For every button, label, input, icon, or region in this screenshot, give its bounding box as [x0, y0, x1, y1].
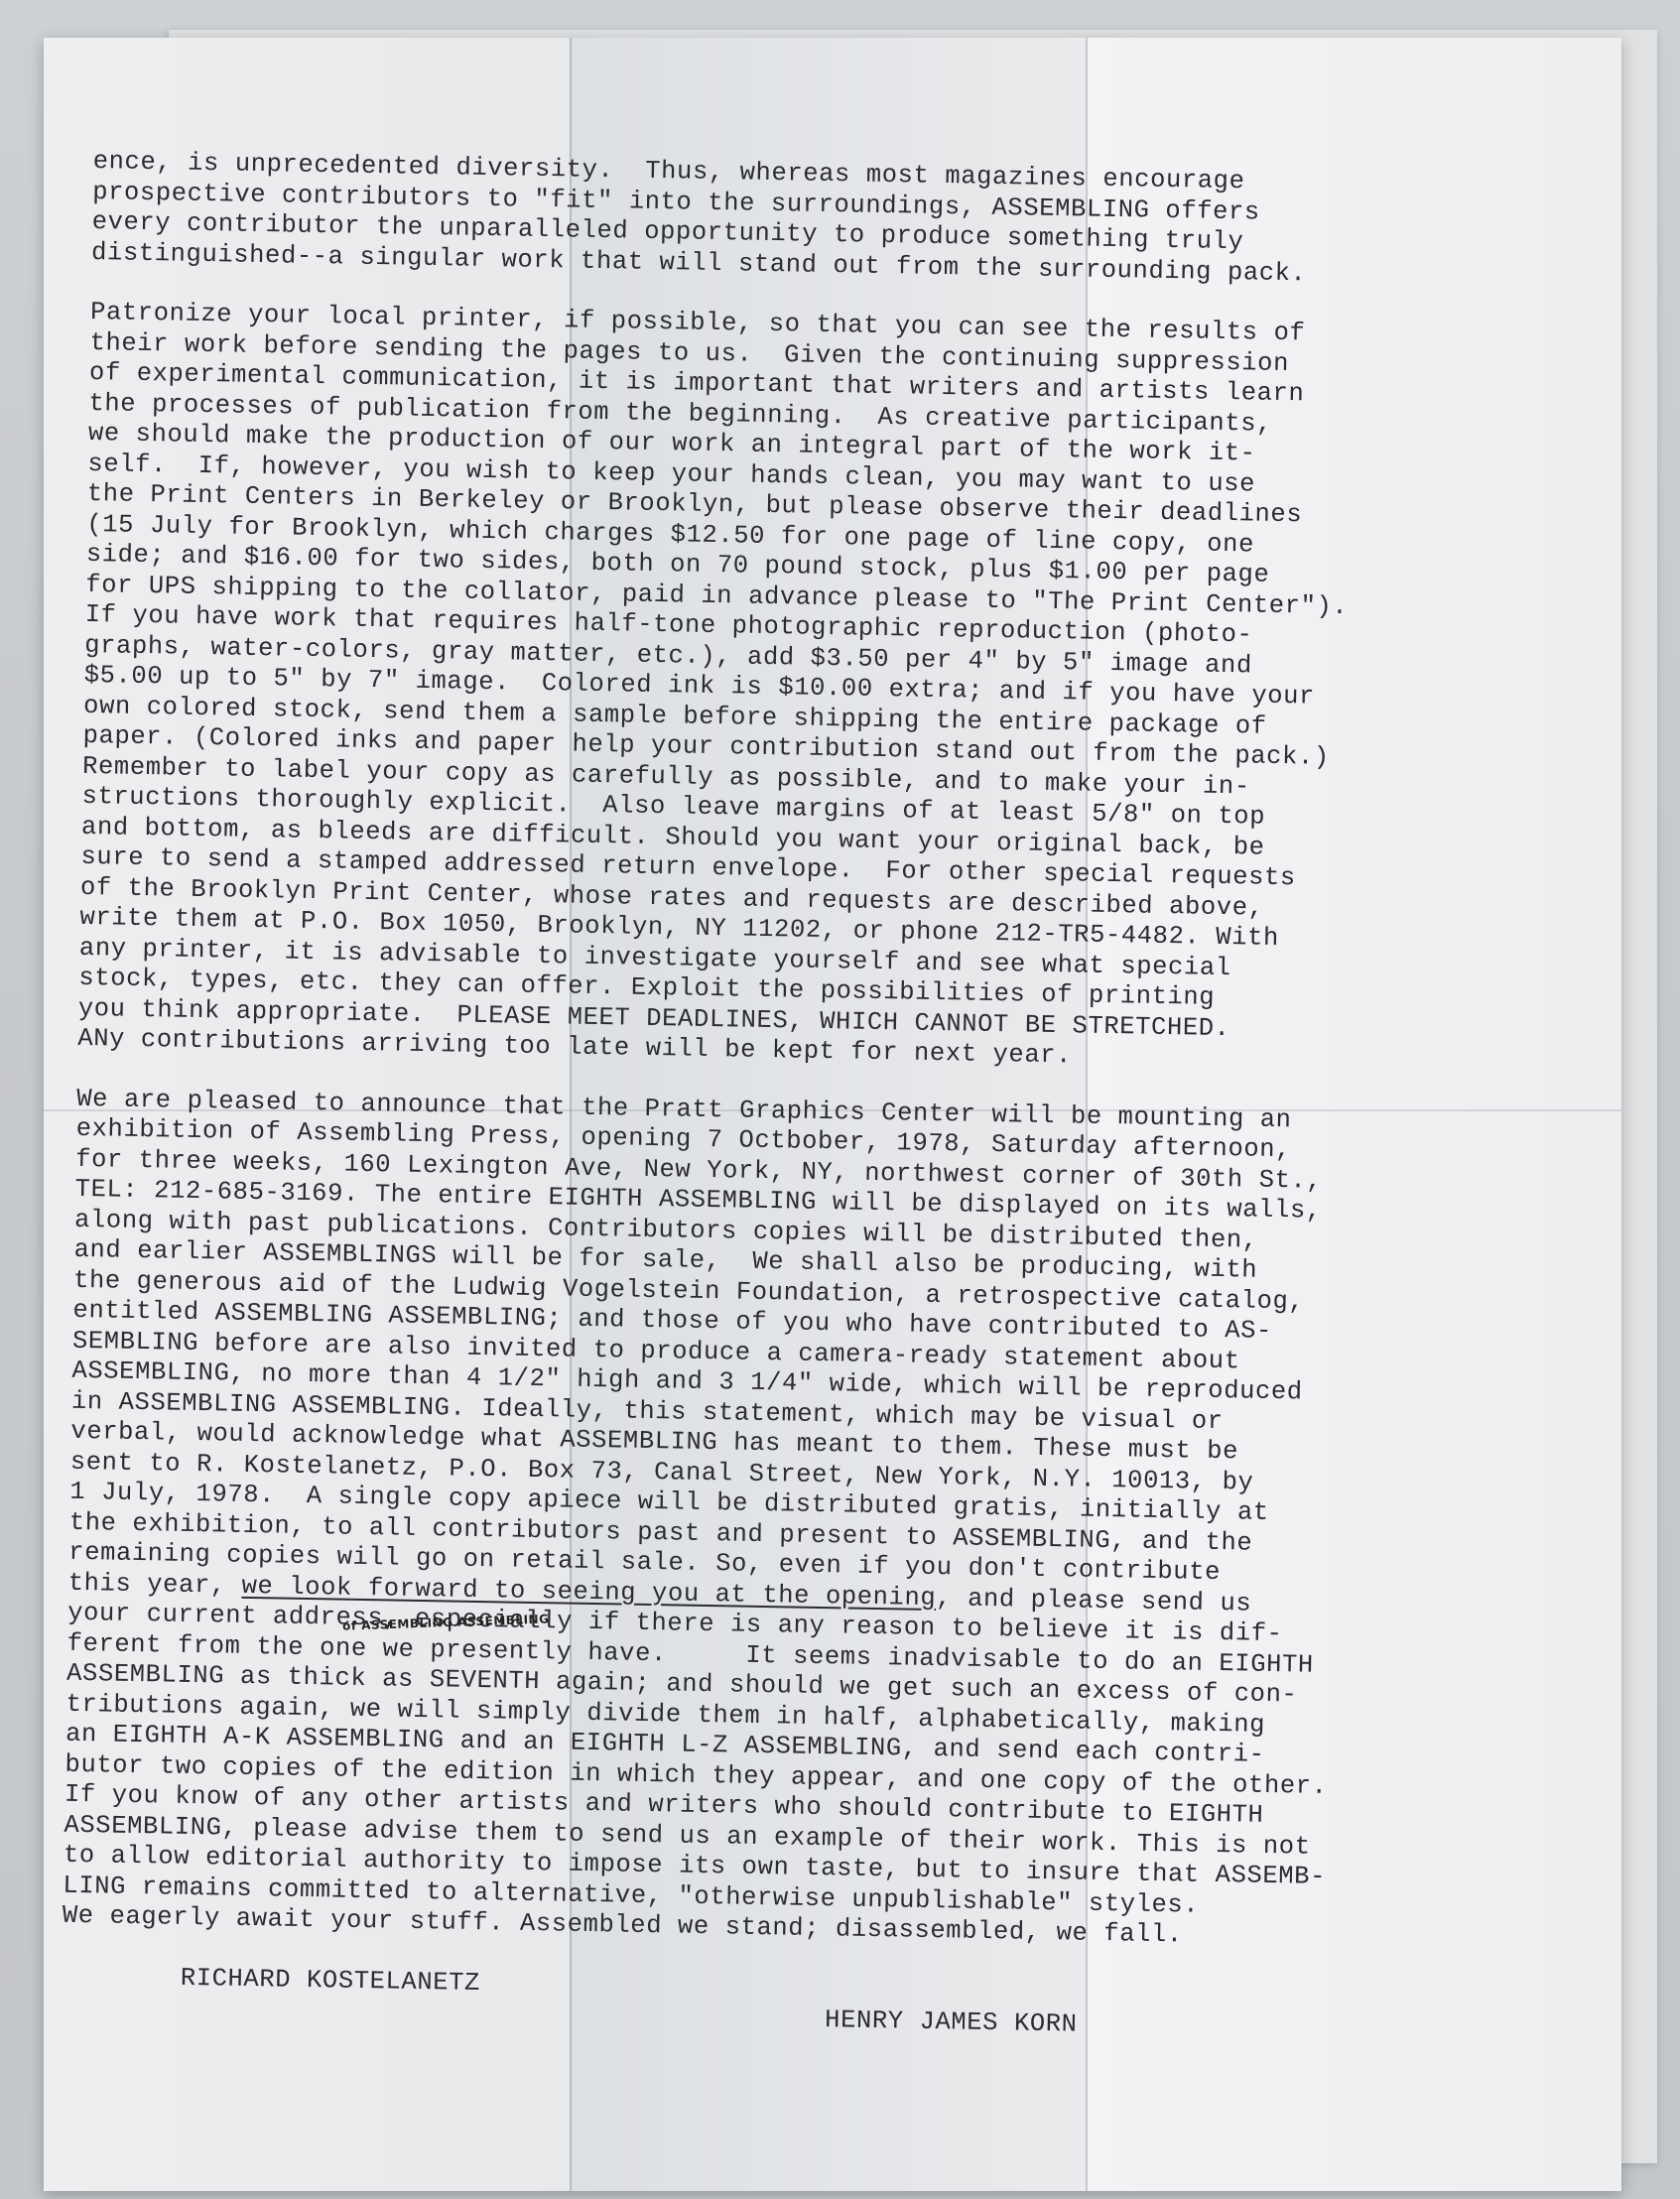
paragraph-printing-instructions: Patronize your local printer, if possibl…: [77, 298, 1599, 1081]
paragraph-exhibition-announcement: We are pleased to announce that the Prat…: [63, 1084, 1586, 1957]
signature-richard-kostelanetz: RICHARD KOSTELANETZ: [181, 1964, 481, 2000]
folded-letter: ence, is unprecedented diversity. Thus, …: [44, 38, 1621, 2191]
paragraph-diversity: ence, is unprecedented diversity. Thus, …: [91, 147, 1602, 295]
signature-henry-james-korn: HENRY JAMES KORN: [825, 2005, 1078, 2040]
letter-body: ence, is unprecedented diversity. Thus, …: [62, 147, 1602, 1988]
